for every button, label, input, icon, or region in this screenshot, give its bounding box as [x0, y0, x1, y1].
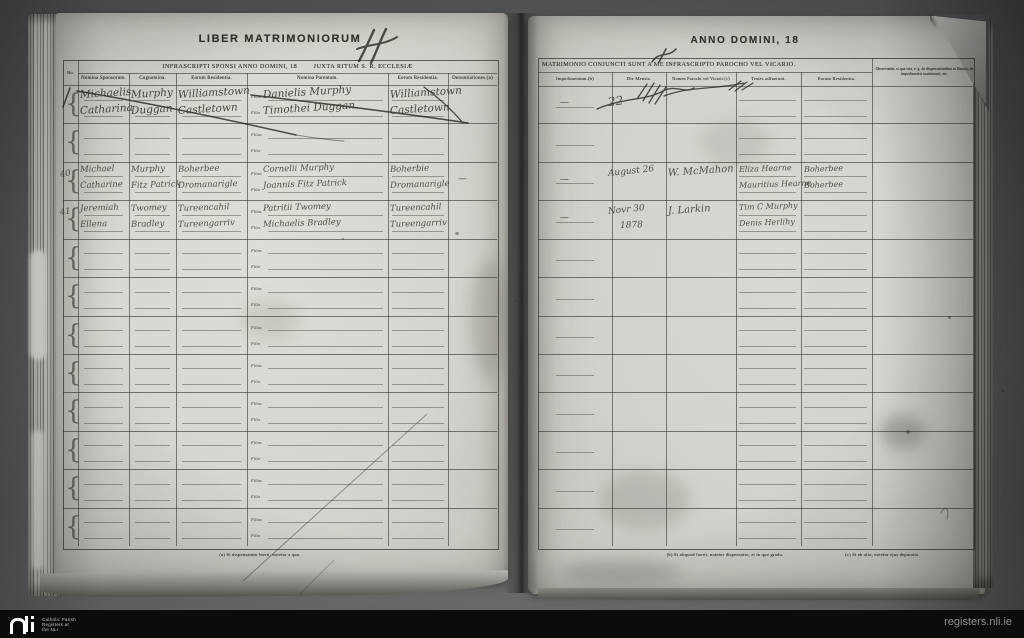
entry-impedimentum: —: [560, 98, 569, 108]
write-line: [739, 423, 796, 424]
write-line: [135, 215, 170, 216]
entry-cognomen: Bradley: [131, 219, 165, 230]
write-line: [182, 269, 241, 270]
filius-prefix: Filius: [251, 363, 262, 368]
write-line: [268, 368, 383, 369]
right-column-rule: [666, 72, 667, 546]
entry-testis-residentia: Boherbee: [804, 179, 843, 189]
write-line: [556, 414, 594, 415]
right-column-rule: [612, 72, 613, 546]
right-column-rule: [736, 72, 737, 546]
row-brace: {: [65, 394, 82, 428]
write-line: [268, 192, 383, 193]
write-line: [556, 145, 594, 146]
write-line: [804, 407, 867, 408]
write-line: [739, 461, 796, 462]
write-line: [804, 292, 867, 293]
write-line: [392, 231, 444, 232]
write-line: [804, 522, 867, 523]
write-line: [739, 215, 796, 216]
write-line: [392, 253, 444, 254]
write-line: [182, 368, 241, 369]
write-line: [84, 445, 123, 446]
right-row-separator: [538, 277, 973, 278]
write-line: [392, 500, 444, 501]
write-line: [84, 215, 123, 216]
filia-prefix: Filia: [251, 341, 260, 346]
write-line: [182, 445, 241, 446]
write-line: [392, 308, 444, 309]
entry-cognomen: Murphy: [131, 164, 165, 175]
write-line: [739, 231, 796, 232]
write-line: [739, 384, 796, 385]
write-line: [182, 330, 241, 331]
write-line: [739, 368, 796, 369]
right-row-separator: [538, 316, 973, 317]
write-line: [135, 484, 170, 485]
write-line: [268, 484, 383, 485]
write-line: [804, 330, 867, 331]
right-row-separator: [538, 431, 973, 432]
nli-logo-i-dot: [31, 616, 34, 619]
left-col-header-residentia: Eorum Residentia.: [176, 72, 247, 85]
right-page-title: ANNO DOMINI, 18: [645, 34, 845, 47]
write-line: [804, 538, 867, 539]
left-table-title: INFRASCRIPTI SPONSI ANNO DOMINI, 18 JUXT…: [78, 60, 497, 72]
filia-prefix: Filia: [251, 148, 260, 153]
write-line: [739, 538, 796, 539]
write-line: [804, 384, 867, 385]
write-line: [182, 461, 241, 462]
filia-prefix: Filia: [251, 379, 260, 384]
write-line: [268, 231, 383, 232]
write-line: [804, 176, 867, 177]
write-line: [392, 330, 444, 331]
row-brace: {: [65, 125, 82, 159]
write-line: [268, 215, 383, 216]
write-line: [268, 461, 383, 462]
write-line: [392, 269, 444, 270]
entry-testis-residentia: Boherbee: [804, 163, 843, 173]
write-line: [182, 154, 241, 155]
filia-prefix: Filia: [251, 264, 260, 269]
write-line: [392, 423, 444, 424]
left-col-header-sponsorum: Nomina Sponsorum.: [78, 72, 129, 85]
torn-page-edge: [30, 250, 46, 360]
write-line: [804, 215, 867, 216]
nli-logo-n: [10, 618, 26, 634]
row-brace: {: [65, 471, 82, 505]
entry-testis: Eliza Hearne: [739, 163, 792, 174]
write-line: [135, 346, 170, 347]
write-line: [556, 529, 594, 530]
footer-bar: [0, 610, 1024, 638]
write-line: [739, 308, 796, 309]
write-line: [182, 176, 241, 177]
write-line: [268, 269, 383, 270]
write-line: [84, 384, 123, 385]
right-column-rule: [801, 72, 802, 546]
filius-prefix: Filius: [251, 171, 262, 176]
write-line: [268, 522, 383, 523]
write-line: [804, 423, 867, 424]
write-line: [135, 253, 170, 254]
write-line: [182, 138, 241, 139]
left-footnote: (a) Si dispensatum fuerit, notetur a quo…: [180, 550, 340, 558]
write-line: [739, 330, 796, 331]
write-line: [84, 500, 123, 501]
write-line: [556, 337, 594, 338]
left-row-separator: [63, 123, 497, 124]
filia-prefix: Filia: [251, 225, 260, 230]
filius-prefix: Filius: [251, 325, 262, 330]
observanda-note: Observanda, si qua sint, e. g. de dispen…: [873, 59, 976, 84]
write-line: [268, 308, 383, 309]
entry-name: Catharine: [80, 180, 123, 191]
row-brace: {: [65, 356, 82, 390]
write-line: [182, 192, 241, 193]
left-column-rule: [388, 73, 389, 547]
write-line: [392, 368, 444, 369]
write-line: [392, 176, 444, 177]
write-line: [182, 346, 241, 347]
write-line: [182, 484, 241, 485]
left-col-header-parent-residentia: Eorum Residentia.: [388, 72, 448, 85]
entry-impedimentum: —: [560, 213, 569, 223]
write-line: [268, 330, 383, 331]
entry-residentia: Tureencahil: [178, 202, 230, 214]
left-row-separator: [63, 277, 497, 278]
filius-prefix: Filius: [251, 440, 262, 445]
right-col-header-testes-residentia: Eorum Residentia.: [801, 72, 872, 85]
write-line: [268, 253, 383, 254]
write-line: [392, 522, 444, 523]
write-line: [135, 154, 170, 155]
write-line: [392, 384, 444, 385]
write-line: [84, 269, 123, 270]
filius-prefix: Filius: [251, 94, 262, 99]
write-line: [804, 116, 867, 117]
bottom-page-edge-left: [40, 570, 508, 597]
right-table-border: [538, 58, 975, 550]
right-col-header-die-mensis: Die Mensis.: [612, 72, 666, 85]
filius-prefix: Filius: [251, 209, 262, 214]
right-row-separator: [538, 123, 973, 124]
filia-prefix: Filia: [251, 494, 260, 499]
write-line: [739, 445, 796, 446]
left-row-separator: [63, 316, 497, 317]
write-line: [739, 269, 796, 270]
write-line: [739, 522, 796, 523]
entry-impedimentum: —: [560, 175, 569, 185]
write-line: [739, 138, 796, 139]
filius-prefix: Filius: [251, 248, 262, 253]
write-line: [804, 500, 867, 501]
left-column-rule: [176, 73, 177, 547]
entry-residentia: Boherbee: [178, 164, 220, 175]
entry-cognomen: Murphy: [131, 86, 174, 101]
write-line: [804, 231, 867, 232]
entry-number: 40: [59, 168, 71, 180]
entry-parens: Patritii Twomey: [263, 201, 331, 213]
write-line: [392, 215, 444, 216]
write-line: [268, 138, 383, 139]
right-row-separator: [538, 239, 973, 240]
write-line: [182, 384, 241, 385]
left-column-rule: [247, 73, 248, 547]
write-line: [392, 292, 444, 293]
write-line: [392, 154, 444, 155]
right-row-separator: [538, 469, 973, 470]
write-line: [182, 215, 241, 216]
scanned-register-photo: LIBER MATRIMONIORUM No. INFRASCRIPTI SPO…: [0, 0, 1024, 638]
write-line: [268, 154, 383, 155]
write-line: [556, 375, 594, 376]
write-line: [739, 100, 796, 101]
brand-caption-line: the NLI: [42, 627, 76, 632]
write-line: [268, 423, 383, 424]
left-col-header-cognomina: Cognomina.: [129, 72, 176, 85]
write-line: [392, 407, 444, 408]
write-line: [268, 292, 383, 293]
write-line: [135, 138, 170, 139]
entry-parens-residentia: Boherbie: [390, 164, 429, 175]
write-line: [135, 330, 170, 331]
write-line: [182, 500, 241, 501]
entry-parens-residentia: Tureencahil: [390, 202, 442, 214]
row-brace: {: [65, 510, 82, 544]
write-line: [135, 368, 170, 369]
right-col-header-parochus: Nomen Parochi vel Vicarii.(c): [666, 72, 736, 85]
write-line: [804, 461, 867, 462]
brand-caption: Catholic Parish Registers at the NLI: [42, 617, 76, 633]
entry-residentia: Tureengarriv: [178, 218, 235, 230]
write-line: [135, 461, 170, 462]
speckle: [1002, 390, 1004, 392]
write-line: [804, 484, 867, 485]
bottom-page-edge-right: [538, 588, 980, 600]
left-row-separator: [63, 239, 497, 240]
filius-prefix: Filius: [251, 132, 262, 137]
filius-prefix: Filius: [251, 401, 262, 406]
write-line: [84, 176, 123, 177]
write-line: [135, 538, 170, 539]
left-col-header-parentum: Nomina Parentum.: [247, 72, 388, 85]
write-line: [739, 407, 796, 408]
write-line: [84, 346, 123, 347]
right-row-separator: [538, 200, 973, 201]
write-line: [84, 484, 123, 485]
torn-page-edge: [32, 430, 44, 570]
write-line: [392, 445, 444, 446]
entry-denuntiationes: —: [458, 174, 467, 184]
write-line: [135, 500, 170, 501]
write-line: [804, 346, 867, 347]
write-line: [135, 423, 170, 424]
write-line: [804, 269, 867, 270]
write-line: [135, 308, 170, 309]
write-line: [804, 192, 867, 193]
write-line: [135, 445, 170, 446]
write-line: [135, 292, 170, 293]
speckle: [515, 300, 517, 302]
left-row-separator: [63, 162, 497, 163]
write-line: [84, 292, 123, 293]
row-brace: {: [65, 279, 82, 313]
write-line: [135, 231, 170, 232]
write-line: [84, 423, 123, 424]
write-line: [135, 384, 170, 385]
write-line: [84, 253, 123, 254]
right-row-separator: [538, 392, 973, 393]
write-line: [392, 192, 444, 193]
write-line: [804, 138, 867, 139]
right-footnote-c: (c) Si ab alio, notetur ejus deputatio.: [800, 550, 965, 558]
row-brace: {: [65, 318, 82, 352]
write-line: [392, 461, 444, 462]
write-line: [268, 384, 383, 385]
write-line: [556, 491, 594, 492]
write-line: [182, 423, 241, 424]
write-line: [135, 269, 170, 270]
filia-prefix: Filia: [251, 417, 260, 422]
write-line: [268, 538, 383, 539]
filius-prefix: Filius: [251, 286, 262, 291]
right-col-header-testes: Testes adfuerunt.: [736, 72, 801, 85]
left-col-header-no: No.: [63, 60, 78, 85]
write-line: [182, 538, 241, 539]
write-line: [739, 253, 796, 254]
write-line: [268, 176, 383, 177]
write-line: [182, 407, 241, 408]
left-column-rule: [129, 73, 130, 547]
write-line: [556, 299, 594, 300]
left-page-title: LIBER MATRIMONIORUM: [150, 32, 410, 46]
left-row-separator: [63, 469, 497, 470]
write-line: [84, 461, 123, 462]
write-line: [739, 484, 796, 485]
left-row-separator: [63, 431, 497, 432]
write-line: [135, 192, 170, 193]
write-line: [739, 346, 796, 347]
write-line: [84, 368, 123, 369]
write-line: [739, 500, 796, 501]
write-line: [84, 154, 123, 155]
write-line: [804, 100, 867, 101]
write-line: [739, 292, 796, 293]
write-line: [182, 292, 241, 293]
write-line: [84, 330, 123, 331]
write-line: [556, 452, 594, 453]
left-column-rule: [448, 73, 449, 547]
page-stain: [560, 560, 680, 584]
write-line: [804, 308, 867, 309]
right-header-rule: [538, 86, 973, 87]
write-line: [84, 522, 123, 523]
entry-number: 41: [59, 207, 71, 219]
entry-die-mensis-year: 1878: [620, 220, 643, 231]
write-line: [739, 192, 796, 193]
write-line: [135, 176, 170, 177]
write-line: [392, 346, 444, 347]
write-line: [268, 407, 383, 408]
filius-prefix: Filius: [251, 478, 262, 483]
write-line: [268, 500, 383, 501]
entry-name: Ellena: [80, 219, 108, 230]
write-line: [84, 138, 123, 139]
right-table-title: MATRIMONIO CONJUNCTI SUNT A ME INFRASCRI…: [542, 61, 872, 72]
left-row-separator: [63, 508, 497, 509]
write-line: [268, 346, 383, 347]
write-line: [84, 407, 123, 408]
write-line: [739, 154, 796, 155]
write-line: [182, 308, 241, 309]
write-line: [268, 445, 383, 446]
filia-prefix: Filia: [251, 456, 260, 461]
entry-name: Jeremiah: [80, 202, 119, 213]
entry-cognomen: Twomey: [131, 203, 167, 214]
write-line: [135, 522, 170, 523]
left-row-separator: [63, 354, 497, 355]
write-line: [135, 407, 170, 408]
write-line: [182, 231, 241, 232]
site-watermark: registers.nli.ie: [944, 616, 1012, 628]
filia-prefix: Filia: [251, 302, 260, 307]
left-row-separator: [63, 200, 497, 201]
write-line: [84, 192, 123, 193]
left-col-header-denuntiationes: Denuntiationes.(a): [448, 72, 497, 85]
filia-prefix: Filia: [251, 187, 260, 192]
filia-prefix: Filia: [251, 533, 260, 538]
write-line: [804, 154, 867, 155]
write-line: [84, 538, 123, 539]
nli-logo-i: [31, 622, 34, 632]
write-line: [804, 253, 867, 254]
write-line: [556, 260, 594, 261]
entry-parens-residentia: Tureengarriv: [390, 218, 447, 230]
write-line: [392, 138, 444, 139]
write-line: [739, 116, 796, 117]
write-line: [804, 445, 867, 446]
write-line: [84, 231, 123, 232]
write-line: [739, 176, 796, 177]
right-row-separator: [538, 354, 973, 355]
right-row-separator: [538, 508, 973, 509]
right-column-rule: [872, 58, 873, 546]
entry-cognomen: Duggan: [131, 102, 173, 117]
entry-die-mensis: 22: [607, 93, 624, 109]
write-line: [392, 538, 444, 539]
write-line: [392, 484, 444, 485]
nli-logo-l: [25, 616, 28, 632]
entry-name: Michael: [80, 164, 115, 175]
row-brace: {: [65, 433, 82, 467]
right-row-separator: [538, 162, 973, 163]
filius-prefix: Filius: [251, 517, 262, 522]
left-row-separator: [63, 392, 497, 393]
write-line: [182, 253, 241, 254]
right-col-header-impedimentum: Impedimentum.(b): [538, 72, 612, 85]
row-brace: {: [65, 241, 82, 275]
write-line: [804, 368, 867, 369]
filia-prefix: Filia: [251, 110, 260, 115]
nli-logo: [10, 615, 36, 633]
write-line: [182, 522, 241, 523]
write-line: [84, 308, 123, 309]
